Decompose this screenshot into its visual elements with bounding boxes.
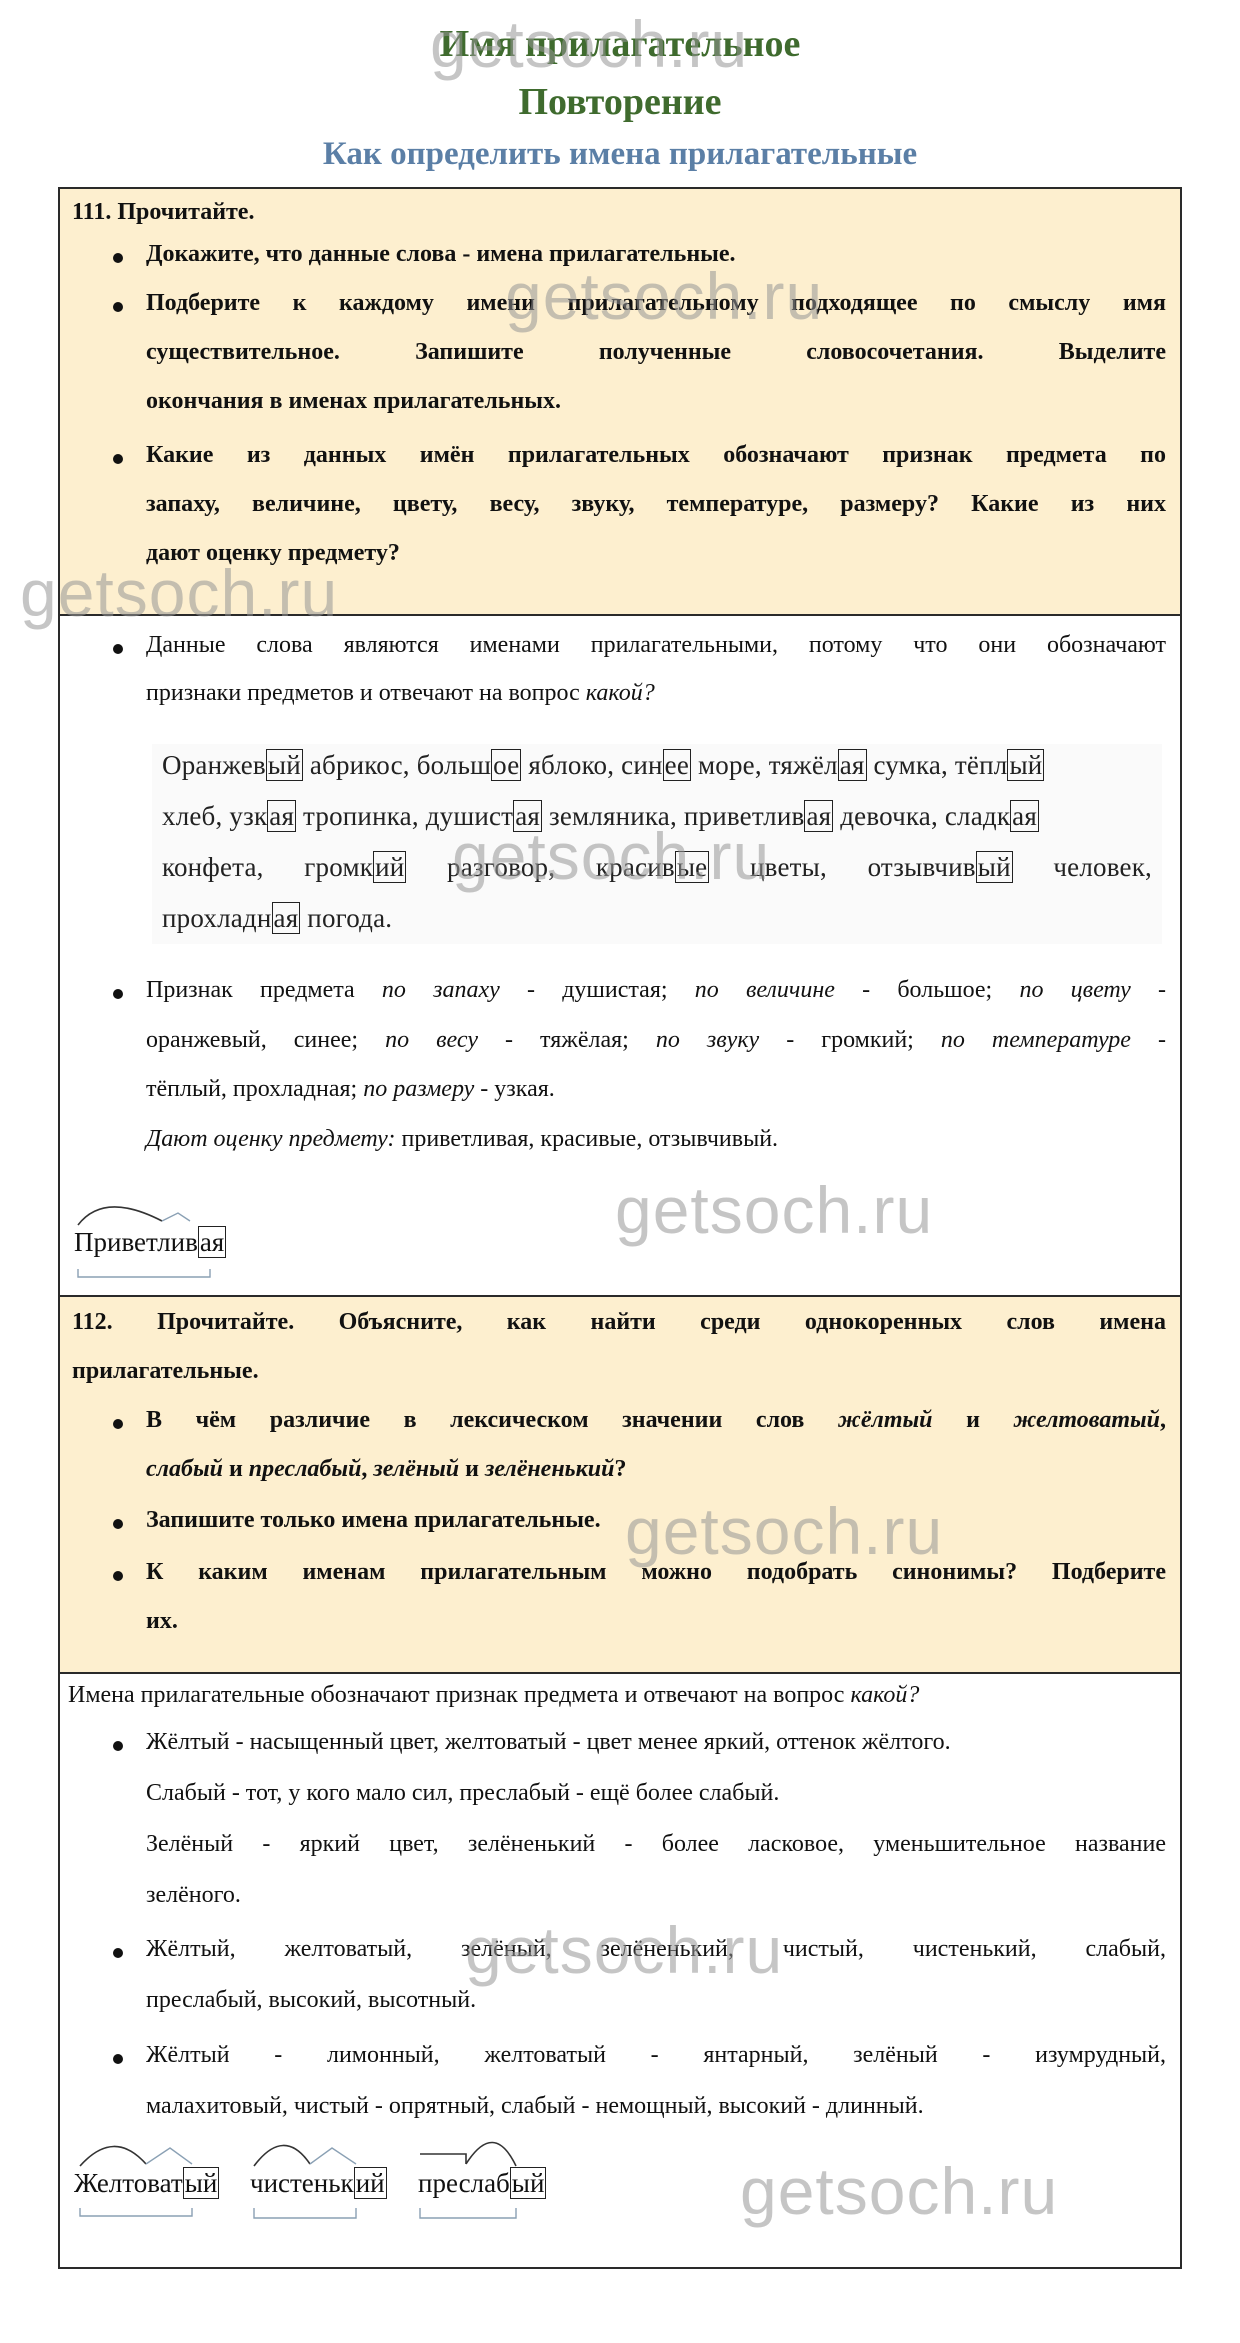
- answer-112-b2-l2: преслабый, высокий, высотный.: [146, 1987, 476, 2014]
- criterion-label: по размеру: [363, 1076, 474, 1102]
- text: - громкий;: [759, 1027, 941, 1053]
- excerpt-text: сумка, тёпл: [867, 750, 1008, 780]
- text: - большое;: [835, 977, 1020, 1003]
- answer-112-b2-l1: Жёлтый, желтоватый, зелёный, зелёненький…: [146, 1936, 1166, 1963]
- text: -: [1131, 977, 1166, 1003]
- bullet-icon: [113, 1948, 123, 1958]
- text: и: [459, 1456, 485, 1482]
- word-ending: ый: [976, 851, 1013, 883]
- task-112-bullet-3-l2: их.: [146, 1608, 178, 1635]
- morpheme-word: чистенький: [250, 2168, 387, 2199]
- excerpt-text: хлеб, узк: [162, 801, 267, 831]
- task-111-bullet-2-l1: Подберите к каждому имени прилагательном…: [146, 290, 1166, 317]
- answer-112-b1-l1: Жёлтый - насыщенный цвет, желтоватый - ц…: [146, 1729, 951, 1756]
- bullet-icon: [113, 989, 123, 999]
- word-ending: ый: [183, 2167, 220, 2199]
- answer-112-b1-l2: Слабый - тот, у кого мало сил, преслабый…: [146, 1780, 779, 1807]
- excerpt-text: цветы, отзывчив: [709, 852, 975, 882]
- bullet-icon: [113, 1519, 123, 1529]
- text: признаки предметов и отвечают на вопрос: [146, 680, 580, 706]
- bullet-icon: [113, 644, 123, 654]
- evaluation-label: Дают оценку предмету:: [146, 1126, 395, 1152]
- excerpt-line: прохладная погода.: [162, 903, 392, 934]
- word-ending: ее: [663, 749, 691, 781]
- criterion-label: по температуре: [941, 1027, 1131, 1053]
- page-title: Имя прилагательное: [0, 22, 1240, 66]
- word-ending: ые: [675, 851, 710, 883]
- answer-111-p1-l1: Данные слова являются именами прилагател…: [146, 632, 1166, 659]
- criterion-label: по запаху: [382, 977, 500, 1003]
- textbook-excerpt: Оранжевый абрикос, большое яблоко, синее…: [152, 744, 1162, 944]
- evaluation-line: Дают оценку предмету: приветливая, краси…: [146, 1126, 778, 1153]
- answer-111-p2-line: тёплый, прохладная; по размеру - узкая.: [146, 1076, 555, 1103]
- text: - душистая;: [500, 977, 695, 1003]
- task-111-heading: 111. Прочитайте.: [72, 199, 254, 226]
- task-112-heading-l1: 112. Прочитайте. Объясните, как найти ср…: [72, 1309, 1166, 1336]
- answer-112-b1-l4: зелёного.: [146, 1882, 241, 1909]
- word-stem: Желтоват: [74, 2168, 183, 2198]
- text: -: [1131, 1027, 1166, 1053]
- text: ?: [614, 1456, 626, 1482]
- bullet-icon: [113, 454, 123, 464]
- text: Признак предмета: [146, 977, 382, 1003]
- example-word: жёлтый: [838, 1407, 933, 1433]
- task-112-bullet-1-line: слабый и преслабый, зелёный и зелёненьки…: [146, 1456, 626, 1483]
- word-ending: ый: [266, 749, 303, 781]
- answer-111-p2-line: Признак предмета по запаху - душистая; п…: [146, 977, 1166, 1004]
- text: ,: [361, 1456, 373, 1482]
- word-ending: ий: [354, 2167, 387, 2199]
- text: тёплый, прохладная;: [146, 1076, 363, 1102]
- text: - тяжёлая;: [478, 1027, 656, 1053]
- word-ending: ая: [198, 1226, 226, 1258]
- task-112-bullet-3-l1: К каким именам прилагательным можно подо…: [146, 1559, 1166, 1586]
- text: оранжевый, синее;: [146, 1027, 385, 1053]
- topic-title: Как определить имена прилагательные: [0, 136, 1240, 173]
- word-ending: ая: [804, 800, 833, 832]
- criterion-label: по звуку: [656, 1027, 759, 1053]
- excerpt-text: Оранжев: [162, 750, 266, 780]
- excerpt-text: море, тяжёл: [691, 750, 838, 780]
- task-111-bullet-3-l3: дают оценку предмету?: [146, 540, 400, 567]
- excerpt-line: конфета, громкий разговор, красивые цвет…: [162, 852, 1152, 883]
- criterion-label: по величине: [695, 977, 835, 1003]
- question-word: какой?: [850, 1682, 919, 1708]
- excerpt-text: земляника, приветлив: [542, 801, 804, 831]
- bullet-icon: [113, 302, 123, 312]
- bullet-icon: [113, 1571, 123, 1581]
- answer-111-p2-line: оранжевый, синее; по весу - тяжёлая; по …: [146, 1027, 1166, 1054]
- word-ending: ая: [1010, 800, 1039, 832]
- word-stem: чистеньк: [250, 2168, 354, 2198]
- word-ending: ый: [510, 2167, 547, 2199]
- text: - узкая.: [474, 1076, 554, 1102]
- word-ending: ый: [1007, 749, 1044, 781]
- word-ending: ая: [838, 749, 867, 781]
- text: Имена прилагательные обозначают признак …: [68, 1682, 850, 1708]
- answer-112: Имена прилагательные обозначают признак …: [60, 1672, 1180, 2267]
- answer-112-intro: Имена прилагательные обозначают признак …: [68, 1682, 919, 1709]
- example-word: желтоватый: [1014, 1407, 1160, 1433]
- word-stem: Приветлив: [74, 1227, 198, 1257]
- excerpt-text: конфета, громк: [162, 852, 373, 882]
- example-word: зелёный: [373, 1456, 459, 1482]
- excerpt-text: абрикос, больш: [303, 750, 491, 780]
- excerpt-text: человек,: [1013, 852, 1152, 882]
- question-word: какой?: [586, 680, 655, 706]
- task-111-bullet-3-l2: запаху, величине, цвету, весу, звуку, те…: [146, 491, 1166, 518]
- bullet-icon: [113, 1419, 123, 1429]
- answer-112-b3-l2: малахитовый, чистый - опрятный, слабый -…: [146, 2093, 924, 2120]
- answer-112-b1-l3: Зелёный - яркий цвет, зелёненький - боле…: [146, 1831, 1166, 1858]
- exercise-box: 111. Прочитайте. Докажите, что данные сл…: [58, 187, 1182, 2269]
- word-ending: ая: [272, 902, 301, 934]
- excerpt-text: прохладн: [162, 903, 272, 933]
- task-111-bullet-2-l2: существительное. Запишите полученные сло…: [146, 339, 1166, 366]
- text: В чём различие в лексическом значении сл…: [146, 1407, 838, 1433]
- criterion-label: по весу: [385, 1027, 478, 1053]
- morpheme-word: преслабый: [418, 2168, 546, 2199]
- excerpt-line: хлеб, узкая тропинка, душистая земляника…: [162, 801, 1152, 832]
- example-word: слабый: [146, 1456, 223, 1482]
- task-111-bullet-1: Докажите, что данные слова - имена прила…: [146, 241, 736, 268]
- text: и: [933, 1407, 1014, 1433]
- excerpt-text: разговор, красив: [406, 852, 674, 882]
- excerpt-text: девочка, сладк: [833, 801, 1010, 831]
- example-word: преслабый: [249, 1456, 362, 1482]
- task-111-bullet-2-l3: окончания в именах прилагательных.: [146, 388, 561, 415]
- bullet-icon: [113, 2054, 123, 2064]
- example-word: зелёненький: [485, 1456, 615, 1482]
- word-ending: ое: [491, 749, 521, 781]
- excerpt-text: тропинка, душист: [296, 801, 513, 831]
- morpheme-word: Приветливая: [74, 1227, 226, 1258]
- task-111-bullet-3-l1: Какие из данных имён прилагательных обоз…: [146, 442, 1166, 469]
- bullet-icon: [113, 253, 123, 263]
- evaluation-words: приветливая, красивые, отзывчивый.: [395, 1126, 778, 1152]
- excerpt-line: Оранжевый абрикос, большое яблоко, синее…: [162, 750, 1152, 781]
- page-subtitle: Повторение: [0, 80, 1240, 124]
- answer-111-p1-l2: признаки предметов и отвечают на вопрос …: [146, 680, 655, 707]
- task-112-bullet-1-line: В чём различие в лексическом значении сл…: [146, 1407, 1166, 1434]
- task-112-bullet-2: Запишите только имена прилагательные.: [146, 1507, 601, 1534]
- morpheme-word: Желтоватый: [74, 2168, 219, 2199]
- criterion-label: по цвету: [1019, 977, 1130, 1003]
- task-112-heading-l2: прилагательные.: [72, 1358, 259, 1385]
- excerpt-text: погода.: [300, 903, 392, 933]
- word-stem: преслаб: [418, 2168, 510, 2198]
- text: ,: [1160, 1407, 1166, 1433]
- word-ending: ий: [373, 851, 406, 883]
- excerpt-text: яблоко, син: [521, 750, 662, 780]
- word-ending: ая: [513, 800, 542, 832]
- answer-112-b3-l1: Жёлтый - лимонный, желтоватый - янтарный…: [146, 2042, 1166, 2069]
- text: и: [223, 1456, 249, 1482]
- task-111-question: 111. Прочитайте. Докажите, что данные сл…: [60, 189, 1180, 614]
- task-112-question: 112. Прочитайте. Объясните, как найти ср…: [60, 1295, 1180, 1672]
- answer-111: Данные слова являются именами прилагател…: [60, 614, 1180, 1295]
- bullet-icon: [113, 1741, 123, 1751]
- word-ending: ая: [267, 800, 296, 832]
